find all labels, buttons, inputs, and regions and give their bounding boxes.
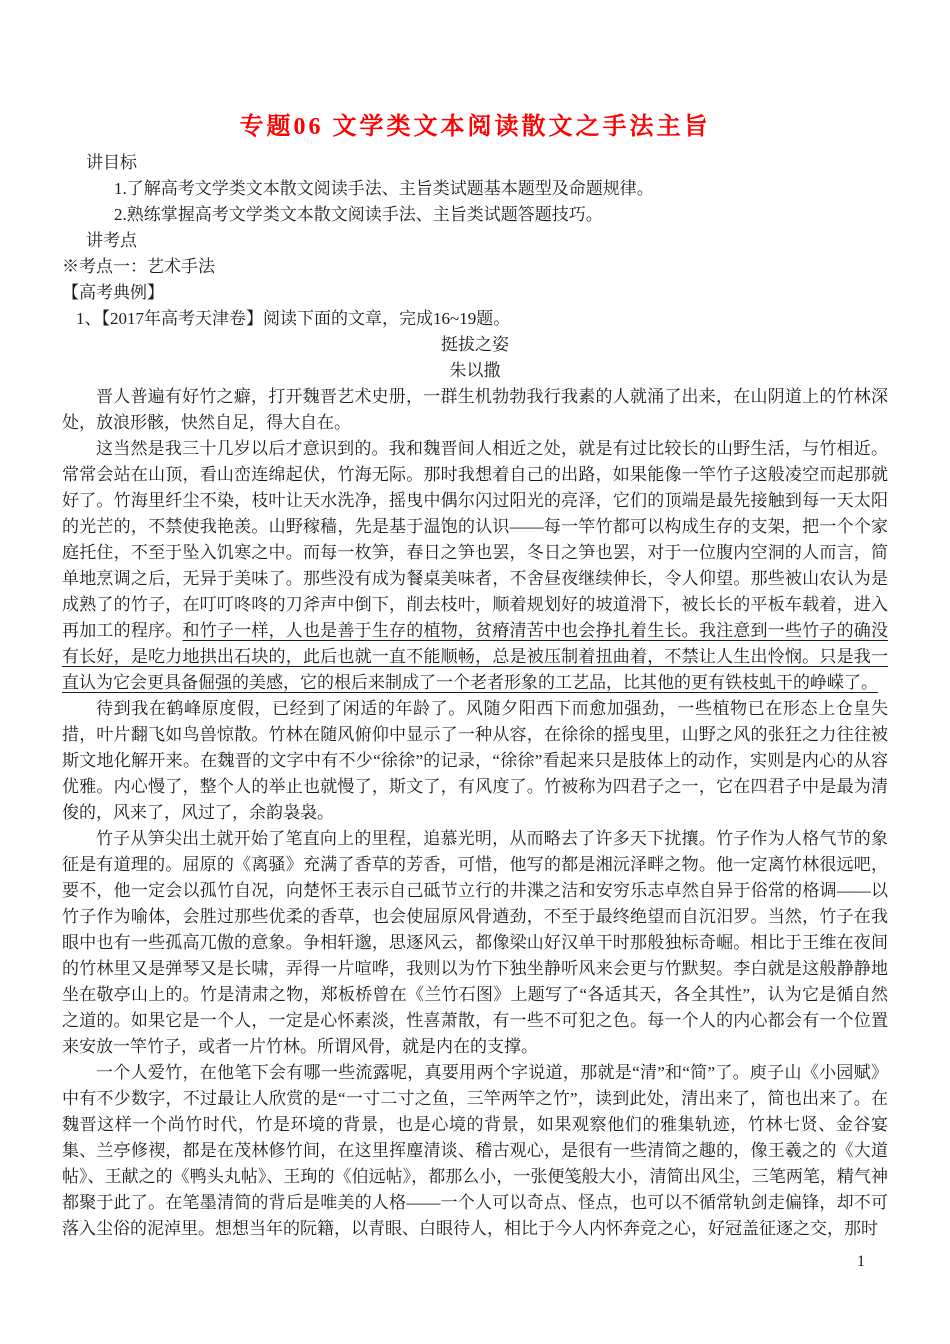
document-page: 专题06 文学类文本阅读散文之手法主旨 讲目标 1.了解高考文学类文本散文阅读手…	[0, 0, 950, 1344]
article-title: 挺拔之姿	[62, 332, 888, 358]
article-paragraph: 竹子从笋尖出土就开始了笔直向上的里程，追慕光明，从而略去了许多天下扰攘。竹子作为…	[62, 826, 888, 1060]
article-paragraph: 一个人爱竹，在他笔下会有哪一些流露呢，真要用两个字说道，那就是“清”和“简”了。…	[62, 1060, 888, 1242]
article-paragraph: 晋人普遍有好竹之癖，打开魏晋艺术史册，一群生机勃勃我行我素的人就涌了出来，在山阴…	[62, 384, 888, 436]
paragraph-text: 晋人普遍有好竹之癖，打开魏晋艺术史册，一群生机勃勃我行我素的人就涌了出来，在山阴…	[62, 387, 888, 432]
paragraph-text: 待到我在鹤峰原度假，已经到了闲适的年龄了。风随夕阳西下而愈加强劲，一些植物已在形…	[62, 699, 888, 822]
paragraph-text: 竹子从笋尖出土就开始了笔直向上的里程，追慕光明，从而略去了许多天下扰攘。竹子作为…	[62, 829, 888, 1056]
points-heading: 讲考点	[62, 228, 888, 254]
point-one-label: ※考点一：艺术手法	[62, 254, 888, 280]
objective-item: 2.熟练掌握高考文学类文本散文阅读手法、主旨类试题答题技巧。	[62, 202, 888, 228]
article-paragraph: 待到我在鹤峰原度假，已经到了闲适的年龄了。风随夕阳西下而愈加强劲，一些植物已在形…	[62, 696, 888, 826]
paragraph-text: 一个人爱竹，在他笔下会有哪一些流露呢，真要用两个字说道，那就是“清”和“简”了。…	[62, 1063, 888, 1238]
objective-item: 1.了解高考文学类文本散文阅读手法、主旨类试题基本题型及命题规律。	[62, 176, 888, 202]
page-number: 1	[857, 1252, 865, 1272]
paragraph-text: 这当然是我三十几岁以后才意识到的。我和魏晋间人相近之处，就是有过比较长的山野生活…	[62, 439, 888, 640]
objectives-heading: 讲目标	[62, 150, 888, 176]
exam-example-label: 【高考典例】	[62, 280, 888, 306]
question-intro: 1、【2017年高考天津卷】阅读下面的文章，完成16~19题。	[62, 306, 888, 332]
underlined-passage: 和竹子一样，人也是善于生存的植物，贫瘠清苦中也会挣扎着生长。我注意到一些竹子的确…	[62, 621, 888, 692]
article-paragraph: 这当然是我三十几岁以后才意识到的。我和魏晋间人相近之处，就是有过比较长的山野生活…	[62, 436, 888, 696]
page-title: 专题06 文学类文本阅读散文之手法主旨	[62, 112, 888, 142]
article-body: 晋人普遍有好竹之癖，打开魏晋艺术史册，一群生机勃勃我行我素的人就涌了出来，在山阴…	[62, 384, 888, 1242]
article-author: 朱以撒	[62, 358, 888, 384]
